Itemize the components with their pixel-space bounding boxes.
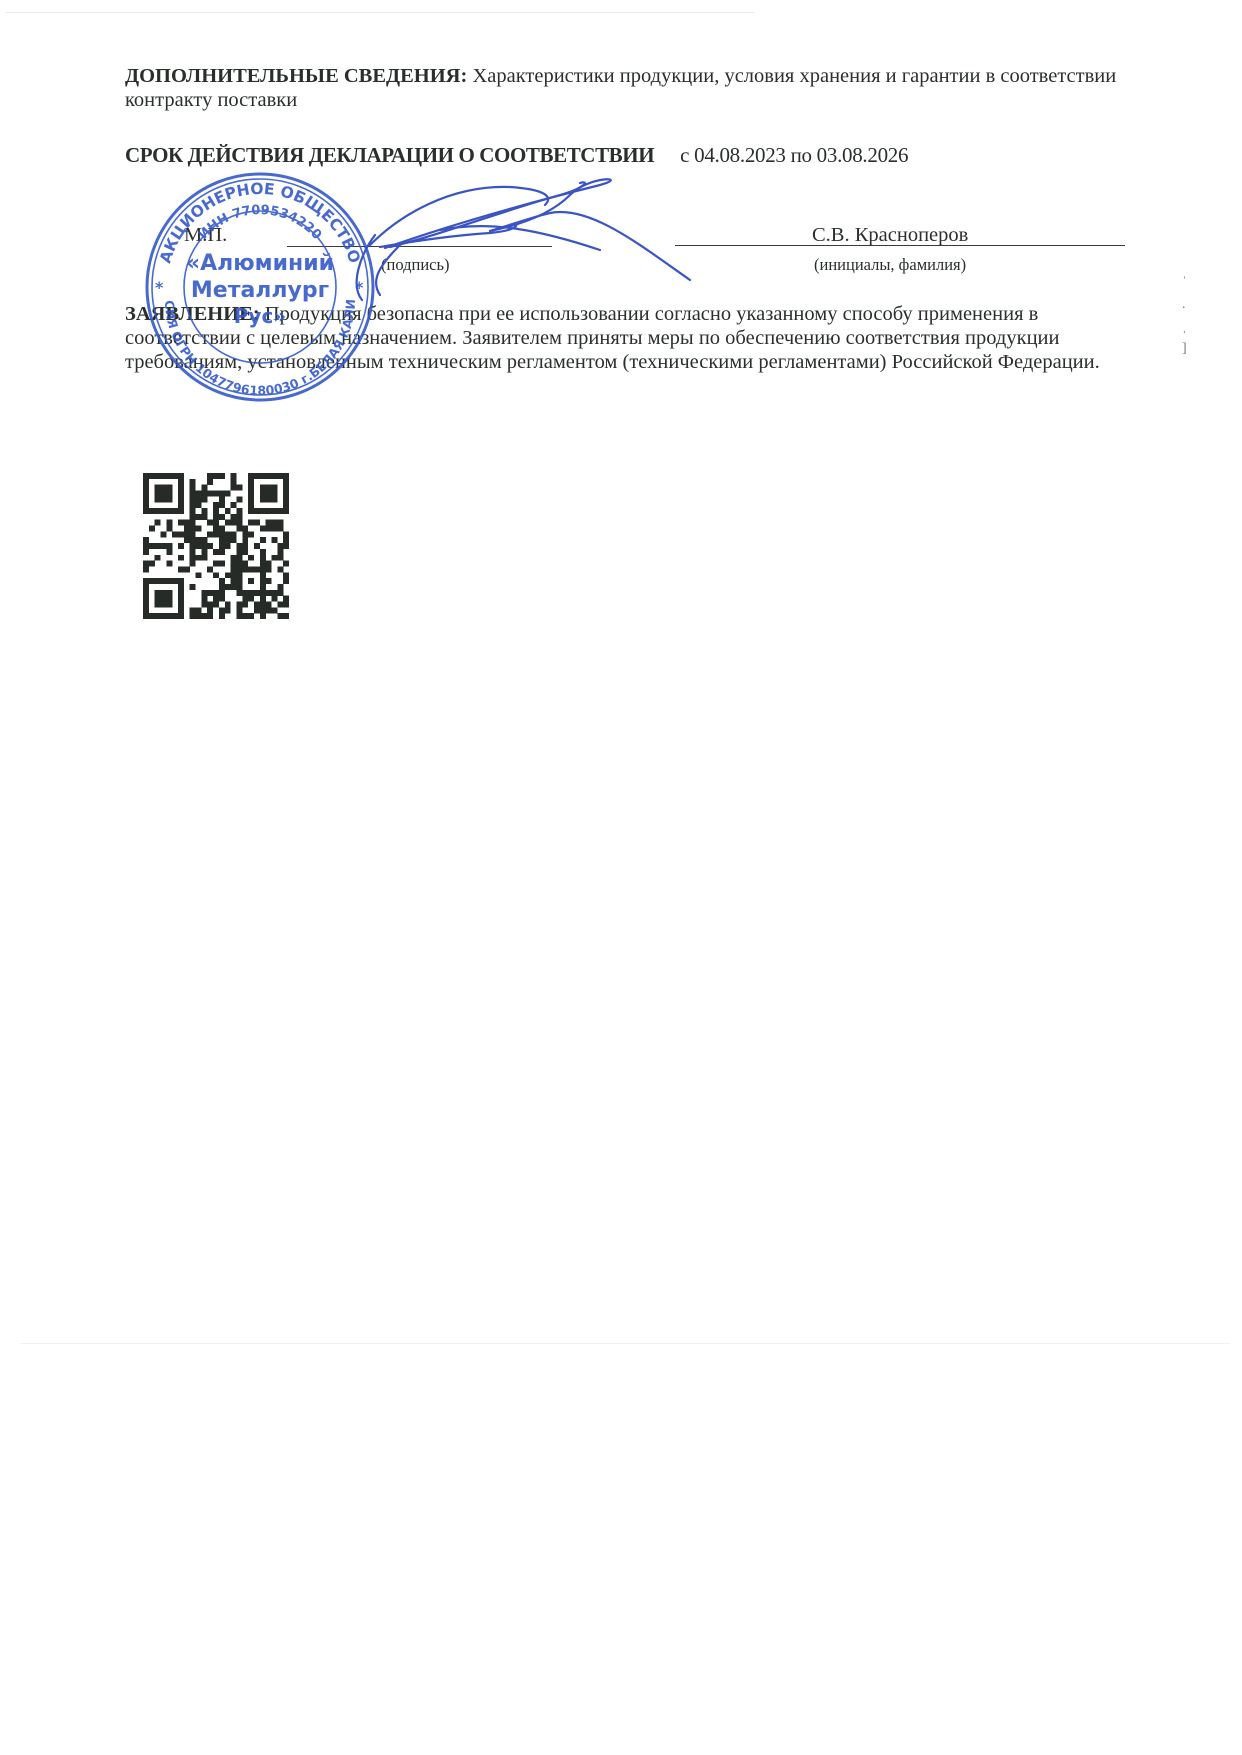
qr-code-icon [143, 473, 289, 619]
signature-caption: (подпись) [381, 255, 450, 275]
scan-artifact-line [5, 12, 755, 13]
signer-name-line [675, 245, 1125, 246]
additional-info-paragraph: ДОПОЛНИТЕЛЬНЫЕ СВЕДЕНИЯ: Характеристики … [125, 64, 1125, 112]
qr-code[interactable] [143, 473, 289, 619]
stamp-star-left: * [155, 278, 164, 297]
statement-label: ЗАЯВЛЕНИЕ: [125, 303, 260, 325]
signature-scribble-icon [340, 175, 700, 305]
scan-artifact-line [20, 1343, 1230, 1344]
stamp-center-line-1: «Алюминий [186, 251, 334, 276]
handwritten-signature [340, 175, 700, 305]
stamp-top-text: АКЦИОНЕРНОЕ ОБЩЕСТВО [156, 180, 363, 266]
additional-info-label: ДОПОЛНИТЕЛЬНЫЕ СВЕДЕНИЯ: [125, 65, 467, 87]
stamp-star-right: * [355, 278, 364, 297]
stamp-center-line-2: Металлург [191, 278, 329, 303]
validity-label: СРОК ДЕЙСТВИЯ ДЕКЛАРАЦИИ О СООТВЕТСТВИИ [125, 143, 654, 167]
svg-text:АКЦИОНЕРНОЕ ОБЩЕСТВО: АКЦИОНЕРНОЕ ОБЩЕСТВО [156, 180, 363, 266]
validity-dates: с 04.08.2023 по 03.08.2026 [680, 143, 908, 167]
signer-name: С.В. Красноперов [812, 224, 968, 247]
page-edge-marks: ˈ.ˌ] [1182, 272, 1192, 382]
signer-caption: (инициалы, фамилия) [814, 255, 966, 275]
signature-line [287, 246, 552, 247]
statement-paragraph: ЗАЯВЛЕНИЕ: Продукция безопасна при ее ис… [125, 302, 1145, 374]
statement-text: Продукция безопасна при ее использовании… [125, 303, 1100, 373]
validity-period: СРОК ДЕЙСТВИЯ ДЕКЛАРАЦИИ О СООТВЕТСТВИИс… [125, 143, 908, 168]
seal-place-label: М.П. [184, 224, 227, 247]
